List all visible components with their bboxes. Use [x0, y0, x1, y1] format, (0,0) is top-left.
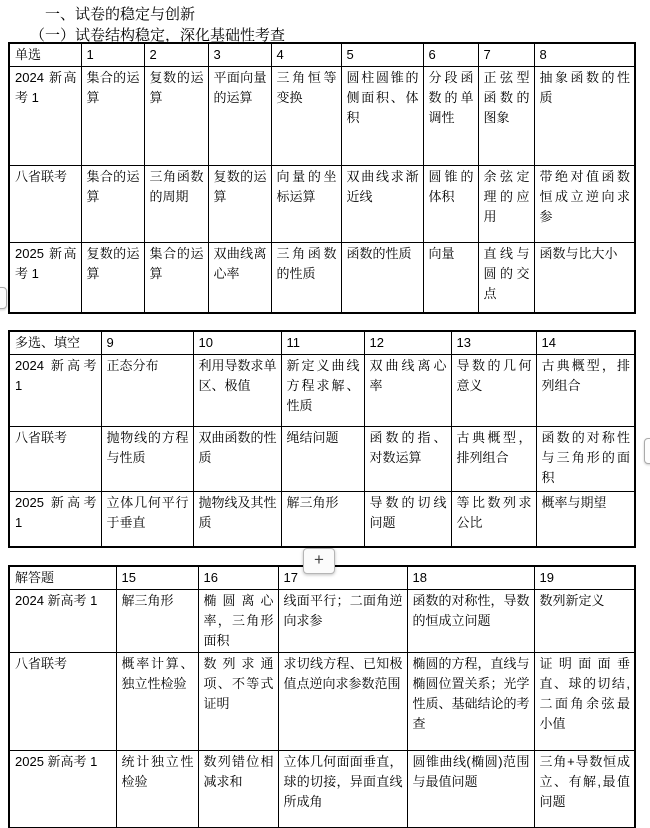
topic-cell: 函数与比大小 [534, 243, 635, 313]
topic-cell: 平面向量的运算 [208, 67, 271, 166]
topic-cell: 函数的指、对数运算 [364, 427, 451, 492]
table-title-cell: 单选 [9, 43, 81, 67]
table-row: 2025 新高考 1复数的运算集合的运算双曲线离心率三角函数的性质函数的性质向量… [9, 243, 635, 313]
right-edge-handle-button[interactable] [644, 438, 650, 464]
topic-cell: 立体几何平行于垂直 [101, 492, 193, 547]
topic-cell: 双曲线离心率 [364, 355, 451, 427]
topic-cell: 函数的对称性与三角形的面积 [536, 427, 635, 492]
row-label-cell: 2025 新高考 1 [9, 492, 101, 547]
question-number-cell: 11 [281, 331, 364, 355]
topic-cell: 数列错位相减求和 [198, 751, 278, 828]
section-heading: 一、试卷的稳定与创新 [45, 4, 195, 25]
document-page: 一、试卷的稳定与创新 （一）试卷结构稳定，深化基础性考查 单选123456782… [0, 0, 650, 828]
table-single-choice: 单选123456782024 新高考 1集合的运算复数的运算平面向量的运算三角恒… [8, 42, 636, 314]
table-row: 八省联考集合的运算三角函数的周期复数的运算向量的坐标运算双曲线求渐近线圆锥的体积… [9, 166, 635, 243]
topic-cell: 概率与期望 [536, 492, 635, 547]
topic-cell: 绳结问题 [281, 427, 364, 492]
topic-cell: 圆柱圆锥的侧面积、体积 [341, 67, 423, 166]
topic-cell: 立体几何面面垂直，球的切接，异面直线所成角 [278, 751, 407, 828]
topic-cell: 统计独立性检验 [116, 751, 198, 828]
question-number-cell: 15 [116, 566, 198, 590]
topic-cell: 三角函数的性质 [271, 243, 341, 313]
table-insert-plus-button[interactable]: + [303, 548, 335, 574]
topic-cell: 双曲线离心率 [208, 243, 271, 313]
row-label-cell: 2024 新高考 1 [9, 355, 101, 427]
topic-cell: 圆锥曲线(椭圆)范围与最值问题 [407, 751, 534, 828]
topic-cell: 数列新定义 [534, 590, 635, 653]
topic-cell: 证明面面垂直、球的切结,二面角余弦最小值 [534, 653, 635, 751]
topic-cell: 复数的运算 [144, 67, 208, 166]
topic-cell: 利用导数求单区、极值 [193, 355, 281, 427]
topic-cell: 解三角形 [116, 590, 198, 653]
question-number-cell: 17 [278, 566, 407, 590]
topic-cell: 正态分布 [101, 355, 193, 427]
topic-cell: 集合的运算 [81, 166, 144, 243]
topic-cell: 抽象函数的性质 [534, 67, 635, 166]
header-row: 单选12345678 [9, 43, 635, 67]
topic-cell: 新定义曲线方程求解、性质 [281, 355, 364, 427]
question-number-cell: 1 [81, 43, 144, 67]
table-answer-questions: 解答题15161718192024 新高考 1解三角形椭圆离心率，三角形面积线面… [8, 565, 636, 828]
topic-cell: 概率计算、独立性检验 [116, 653, 198, 751]
topic-cell: 三角+导数恒成立、有解,最值问题 [534, 751, 635, 828]
table-row: 2024 新高考 1正态分布利用导数求单区、极值新定义曲线方程求解、性质双曲线离… [9, 355, 635, 427]
question-number-cell: 2 [144, 43, 208, 67]
topic-cell: 古典概型，排列组合 [536, 355, 635, 427]
question-number-cell: 7 [478, 43, 534, 67]
table-title-cell: 解答题 [9, 566, 116, 590]
table-row: 2025 新高考 1立体几何平行于垂直抛物线及其性质解三角形导数的切线问题等比数… [9, 492, 635, 547]
question-number-cell: 4 [271, 43, 341, 67]
row-label-cell: 2024 新高考 1 [9, 590, 116, 653]
question-number-cell: 9 [101, 331, 193, 355]
topic-cell: 正弦型函数的图象 [478, 67, 534, 166]
topic-cell: 导数的切线问题 [364, 492, 451, 547]
question-number-cell: 5 [341, 43, 423, 67]
row-label-cell: 2025 新高考 1 [9, 243, 81, 313]
question-number-cell: 18 [407, 566, 534, 590]
topic-cell: 复数的运算 [208, 166, 271, 243]
table-title-cell: 多选、填空 [9, 331, 101, 355]
topic-cell: 椭圆离心率，三角形面积 [198, 590, 278, 653]
question-number-cell: 12 [364, 331, 451, 355]
table-row: 八省联考概率计算、独立性检验数列求通项、不等式证明求切线方程、已知极值点逆向求参… [9, 653, 635, 751]
left-edge-handle-button[interactable] [0, 287, 7, 309]
table-multi-fill: 多选、填空910111213142024 新高考 1正态分布利用导数求单区、极值… [8, 330, 636, 548]
question-number-cell: 6 [423, 43, 478, 67]
question-number-cell: 14 [536, 331, 635, 355]
topic-cell: 解三角形 [281, 492, 364, 547]
topic-cell: 圆锥的体积 [423, 166, 478, 243]
row-label-cell: 八省联考 [9, 653, 116, 751]
row-label-cell: 八省联考 [9, 166, 81, 243]
topic-cell: 双曲线求渐近线 [341, 166, 423, 243]
row-label-cell: 2024 新高考 1 [9, 67, 81, 166]
table-row: 2024 新高考 1解三角形椭圆离心率，三角形面积线面平行；二面角逆向求参函数的… [9, 590, 635, 653]
row-label-cell: 2025 新高考 1 [9, 751, 116, 828]
topic-cell: 等比数列求公比 [451, 492, 536, 547]
topic-cell: 三角恒等变换 [271, 67, 341, 166]
topic-cell: 函数的性质 [341, 243, 423, 313]
topic-cell: 集合的运算 [81, 67, 144, 166]
topic-cell: 函数的对称性，导数的恒成立问题 [407, 590, 534, 653]
topic-cell: 三角函数的周期 [144, 166, 208, 243]
row-label-cell: 八省联考 [9, 427, 101, 492]
topic-cell: 向量的坐标运算 [271, 166, 341, 243]
table-row: 八省联考抛物线的方程与性质双曲函数的性质绳结问题函数的指、对数运算古典概型，排列… [9, 427, 635, 492]
question-number-cell: 13 [451, 331, 536, 355]
question-number-cell: 8 [534, 43, 635, 67]
topic-cell: 向量 [423, 243, 478, 313]
plus-icon: + [314, 550, 324, 569]
topic-cell: 求切线方程、已知极值点逆向求参数范围 [278, 653, 407, 751]
topic-cell: 线面平行；二面角逆向求参 [278, 590, 407, 653]
question-number-cell: 10 [193, 331, 281, 355]
table-row: 2024 新高考 1集合的运算复数的运算平面向量的运算三角恒等变换圆柱圆锥的侧面… [9, 67, 635, 166]
topic-cell: 余弦定理的应用 [478, 166, 534, 243]
topic-cell: 带绝对值函数恒成立逆向求参 [534, 166, 635, 243]
topic-cell: 复数的运算 [81, 243, 144, 313]
topic-cell: 直线与圆的交点 [478, 243, 534, 313]
topic-cell: 古典概型，排列组合 [451, 427, 536, 492]
topic-cell: 分段函数的单调性 [423, 67, 478, 166]
topic-cell: 抛物线的方程与性质 [101, 427, 193, 492]
question-number-cell: 16 [198, 566, 278, 590]
question-number-cell: 19 [534, 566, 635, 590]
topic-cell: 导数的几何意义 [451, 355, 536, 427]
header-row: 多选、填空91011121314 [9, 331, 635, 355]
table-row: 2025 新高考 1统计独立性检验数列错位相减求和立体几何面面垂直，球的切接，异… [9, 751, 635, 828]
question-number-cell: 3 [208, 43, 271, 67]
topic-cell: 集合的运算 [144, 243, 208, 313]
topic-cell: 椭圆的方程，直线与椭圆位置关系；光学性质、基础结论的考查 [407, 653, 534, 751]
topic-cell: 数列求通项、不等式证明 [198, 653, 278, 751]
topic-cell: 双曲函数的性质 [193, 427, 281, 492]
topic-cell: 抛物线及其性质 [193, 492, 281, 547]
